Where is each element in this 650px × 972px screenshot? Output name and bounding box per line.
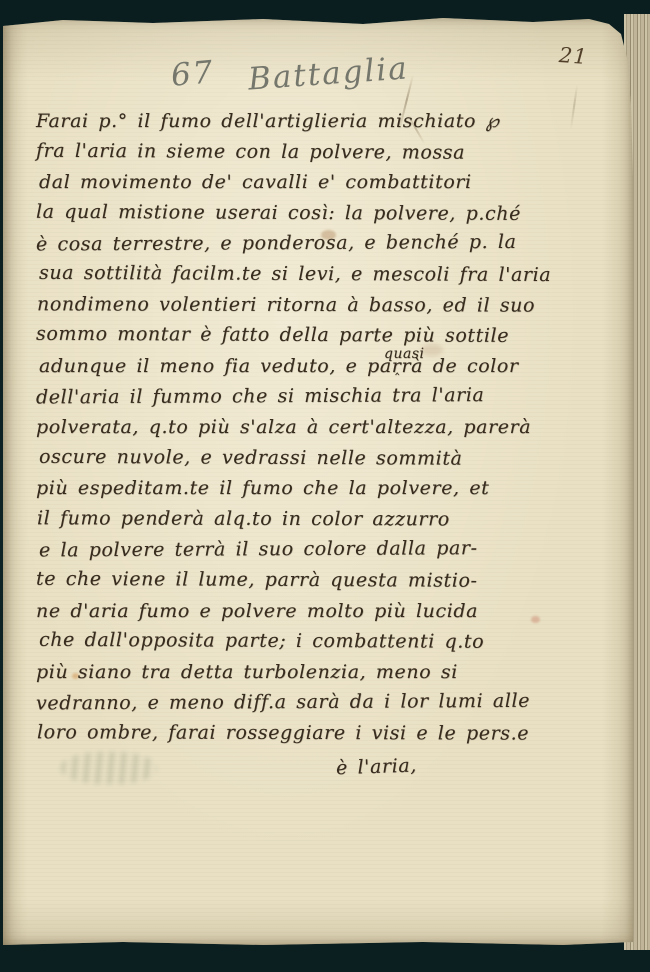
manuscript-line: la qual mistione userai così: la polvere… bbox=[36, 197, 581, 230]
interlinear-insertion: quasi bbox=[384, 339, 425, 370]
chapter-number: 67 bbox=[170, 54, 216, 94]
chapter-title: Battaglia bbox=[247, 50, 410, 97]
manuscript-line: sua sottilità facilm.te si levi, e mesco… bbox=[39, 258, 581, 291]
manuscript-line: è cosa terrestre, e ponderosa, e benché … bbox=[36, 227, 581, 260]
manuscript-line: più espeditam.te il fumo che la polvere,… bbox=[36, 473, 581, 504]
manuscript-line: dal movimento de' cavalli e' combattitor… bbox=[39, 167, 581, 198]
manuscript-line: loro ombre, farai rosseggiare i visi e l… bbox=[37, 717, 581, 749]
manuscript-line: e la polvere terrà il suo colore dalla p… bbox=[39, 533, 581, 566]
manuscript-text-block: Farai p.° il fumo dell'artiglieria misch… bbox=[36, 106, 581, 779]
folio-number: 21 bbox=[558, 43, 588, 69]
manuscript-line-with-insertion: adunque il meno fia veduto, e parrà de c… bbox=[39, 351, 581, 382]
closing-line: è l'aria, bbox=[336, 745, 582, 784]
manuscript-line: nondimeno volentieri ritorna à basso, ed… bbox=[37, 289, 581, 321]
manuscript-line: più siano tra detta turbolenzia, meno si bbox=[36, 657, 581, 688]
manuscript-line: dell'aria il fummo che si mischia tra l'… bbox=[36, 380, 581, 413]
book-photo: 21 67Battaglia Farai p.° il fumo dell'ar… bbox=[0, 0, 650, 972]
manuscript-line: ne d'aria fumo e polvere molto più lucid… bbox=[36, 596, 581, 627]
chapter-heading: 67Battaglia bbox=[171, 56, 409, 92]
manuscript-line: te che viene il lume, parrà questa misti… bbox=[36, 564, 581, 597]
manuscript-line: il fumo penderà alq.to in color azzurro bbox=[37, 503, 581, 535]
manuscript-page: 21 67Battaglia Farai p.° il fumo dell'ar… bbox=[3, 16, 633, 945]
manuscript-line: oscure nuvole, e vedrassi nelle sommità bbox=[39, 441, 581, 474]
manuscript-line: polverata, q.to più s'alza à cert'altezz… bbox=[36, 412, 581, 443]
manuscript-line: Farai p.° il fumo dell'artiglieria misch… bbox=[36, 106, 581, 137]
manuscript-line: sommo montar è fatto della parte più sot… bbox=[36, 319, 581, 352]
manuscript-line-text: adunque il meno fia veduto, e parrà de c… bbox=[39, 355, 519, 377]
manuscript-line: che dall'opposita parte; i combattenti q… bbox=[39, 625, 581, 658]
manuscript-line: fra l'aria in sieme con la polvere, moss… bbox=[36, 135, 581, 168]
manuscript-line: vedranno, e meno diff.a sarà da i lor lu… bbox=[36, 686, 581, 719]
